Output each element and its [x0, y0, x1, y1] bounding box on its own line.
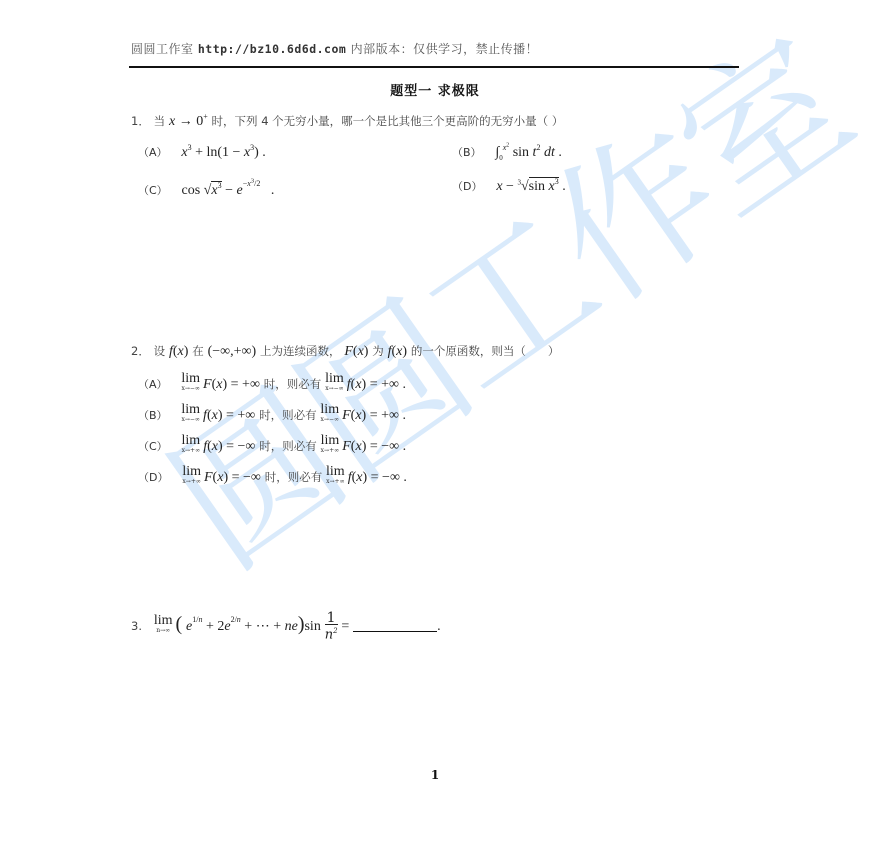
- expr: =: [341, 619, 349, 634]
- lim: limx→+∞: [326, 467, 345, 487]
- option-label: （D）: [452, 180, 482, 193]
- question-1-option-c: （C） cos √x3 − e−x3/2 .: [138, 177, 274, 199]
- document-page: 圆圆工作室 圆圆工作室 http://bz10.6d6d.com 内部版本：仅供…: [0, 0, 870, 842]
- stem-math: x → 0+: [169, 114, 208, 129]
- expr: f(x) = −∞ .: [348, 470, 407, 485]
- stem-math: F(x): [344, 344, 368, 359]
- expr: f(x) = −∞: [203, 439, 255, 454]
- question-number: 2．: [131, 344, 150, 358]
- lim: limx→−∞: [181, 405, 200, 425]
- expr: f(x) = +∞: [203, 408, 255, 423]
- lim: limx→−∞: [325, 374, 344, 394]
- option-label: （D）: [138, 471, 168, 484]
- header-rule: [129, 66, 739, 68]
- question-1-stem: 1． 当 x → 0+ 时，下列 4 个无穷小量，哪一个是比其他三个更高阶的无穷…: [131, 112, 563, 130]
- expr: sin: [304, 619, 320, 634]
- option-mid: 时，则必有: [265, 470, 323, 484]
- stem-text: 设: [154, 344, 166, 358]
- option-expr: ∫0x2 sin t2 dt .: [495, 145, 561, 160]
- question-3: 3. limn→∞( e1/n + 2e2/n + ⋯ + ne)sin 1n2…: [131, 612, 441, 641]
- option-label: （C）: [138, 440, 168, 453]
- page-number: 1: [0, 768, 870, 782]
- lim: limx→−∞: [181, 374, 200, 394]
- stem-math: f(x): [388, 344, 407, 359]
- expr: F(x) = −∞ .: [342, 439, 406, 454]
- lim: limn→∞: [154, 616, 173, 636]
- option-expr: x − 3√sin x3 .: [496, 179, 565, 194]
- question-2-option-a: （A） limx→−∞F(x) = +∞ 时，则必有 limx→−∞f(x) =…: [138, 374, 406, 394]
- header-url: http://bz10.6d6d.com: [198, 42, 346, 56]
- header-prefix: 圆圆工作室: [131, 42, 194, 56]
- question-2-option-c: （C） limx→+∞f(x) = −∞ 时，则必有 limx→+∞F(x) =…: [138, 436, 406, 456]
- question-1-option-a: （A） x3 + ln(1 − x3) .: [138, 143, 266, 161]
- question-number: 1．: [131, 114, 150, 128]
- option-mid: 时，则必有: [259, 408, 317, 422]
- section-title: 题型一 求极限: [0, 80, 870, 99]
- stem-text: 为: [372, 344, 384, 358]
- stem-text: 时，下列 4 个无穷小量，哪一个是比其他三个更高阶的无穷小量（ ）: [212, 114, 564, 128]
- lim: limx→+∞: [182, 467, 201, 487]
- header-suffix: 内部版本：仅供学习，禁止传播！: [351, 42, 539, 56]
- question-2-option-d: （D） limx→+∞F(x) = −∞ 时，则必有 limx→+∞f(x) =…: [138, 467, 407, 487]
- fraction: 1n2: [325, 612, 338, 641]
- option-label: （B）: [452, 146, 482, 159]
- lim: limx→−∞: [320, 405, 339, 425]
- question-1-option-d: （D） x − 3√sin x3 .: [452, 177, 566, 195]
- stem-math: f(x): [169, 344, 188, 359]
- page-header: 圆圆工作室 http://bz10.6d6d.com 内部版本：仅供学习，禁止传…: [131, 40, 538, 57]
- stem-math: (−∞,+∞): [208, 344, 257, 359]
- option-expr: cos √x3 − e−x3/2 .: [182, 183, 275, 198]
- option-label: （C）: [138, 184, 168, 197]
- stem-text: 在: [192, 344, 204, 358]
- option-mid: 时，则必有: [264, 377, 322, 391]
- period: .: [437, 619, 441, 634]
- lim: limx→+∞: [321, 436, 340, 456]
- answer-blank[interactable]: [353, 619, 437, 632]
- question-2-stem: 2． 设 f(x) 在 (−∞,+∞) 上为连续函数， F(x) 为 f(x) …: [131, 343, 559, 360]
- paren: (: [175, 613, 182, 635]
- question-2-option-b: （B） limx→−∞f(x) = +∞ 时，则必有 limx→−∞F(x) =…: [138, 405, 406, 425]
- question-1-option-b: （B） ∫0x2 sin t2 dt .: [452, 143, 562, 162]
- expr: F(x) = +∞ .: [342, 408, 406, 423]
- option-label: （B）: [138, 409, 168, 422]
- option-mid: 时，则必有: [259, 439, 317, 453]
- expr: F(x) = +∞: [203, 377, 260, 392]
- expr: e1/n + 2e2/n + ⋯ + ne: [186, 619, 298, 634]
- stem-text: 上为连续函数，: [260, 344, 341, 358]
- expr: f(x) = +∞ .: [347, 377, 406, 392]
- question-number: 3.: [131, 619, 142, 633]
- option-expr: x3 + ln(1 − x3) .: [181, 145, 265, 160]
- stem-text: 的一个原函数，则当（ ）: [411, 344, 559, 358]
- expr: F(x) = −∞: [204, 470, 261, 485]
- option-label: （A）: [138, 146, 168, 159]
- lim: limx→+∞: [182, 436, 201, 456]
- stem-text: 当: [154, 114, 166, 128]
- option-label: （A）: [138, 378, 168, 391]
